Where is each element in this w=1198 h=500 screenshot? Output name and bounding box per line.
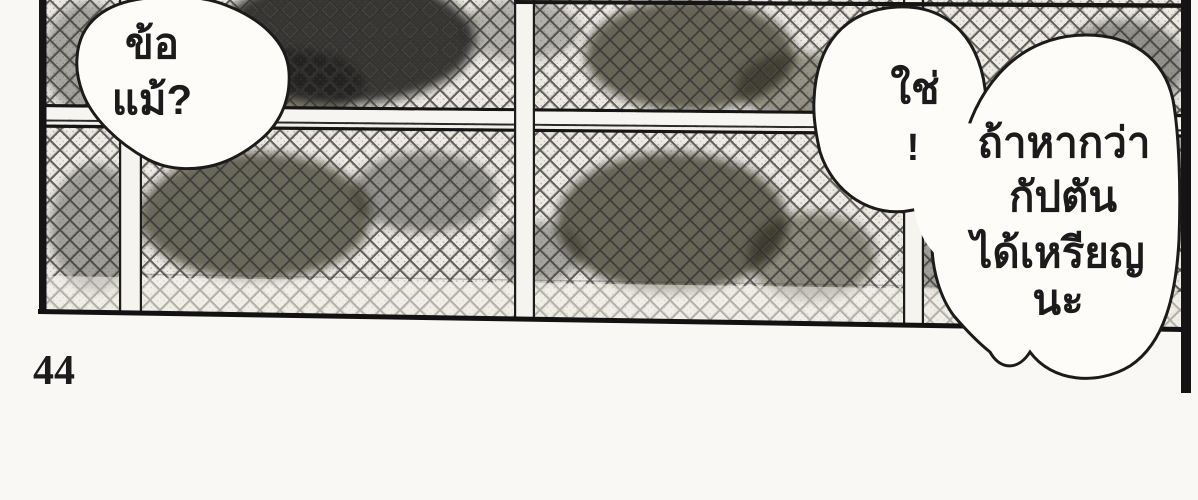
manga-panel-scene: ข้อ แม้? ใช่ ! ถ้าหากว่า กัปตัน ได้เหรีย… [0,0,1198,500]
bubble-right-line-4: นะ [1032,276,1083,323]
bubble-middle-line-1: ใช่ [890,64,939,112]
bubble-left-line-1: ข้อ [125,20,179,67]
bubble-right-line-2: กัปตัน [1009,173,1117,220]
fence-post-middle [514,0,535,318]
panel-border-left [39,0,47,314]
manga-page: ข้อ แม้? ใช่ ! ถ้าหากว่า กัปตัน ได้เหรีย… [0,0,1198,500]
page-number: 44 [33,348,75,394]
bubble-right-line-1: ถ้าหากว่า [978,119,1151,166]
bubble-right-line-3: ได้เหรียญ [967,228,1144,278]
bubble-left-line-2: แม้? [112,76,192,123]
bubble-middle-line-2: ! [907,127,920,169]
panel-border-right [1181,0,1191,393]
